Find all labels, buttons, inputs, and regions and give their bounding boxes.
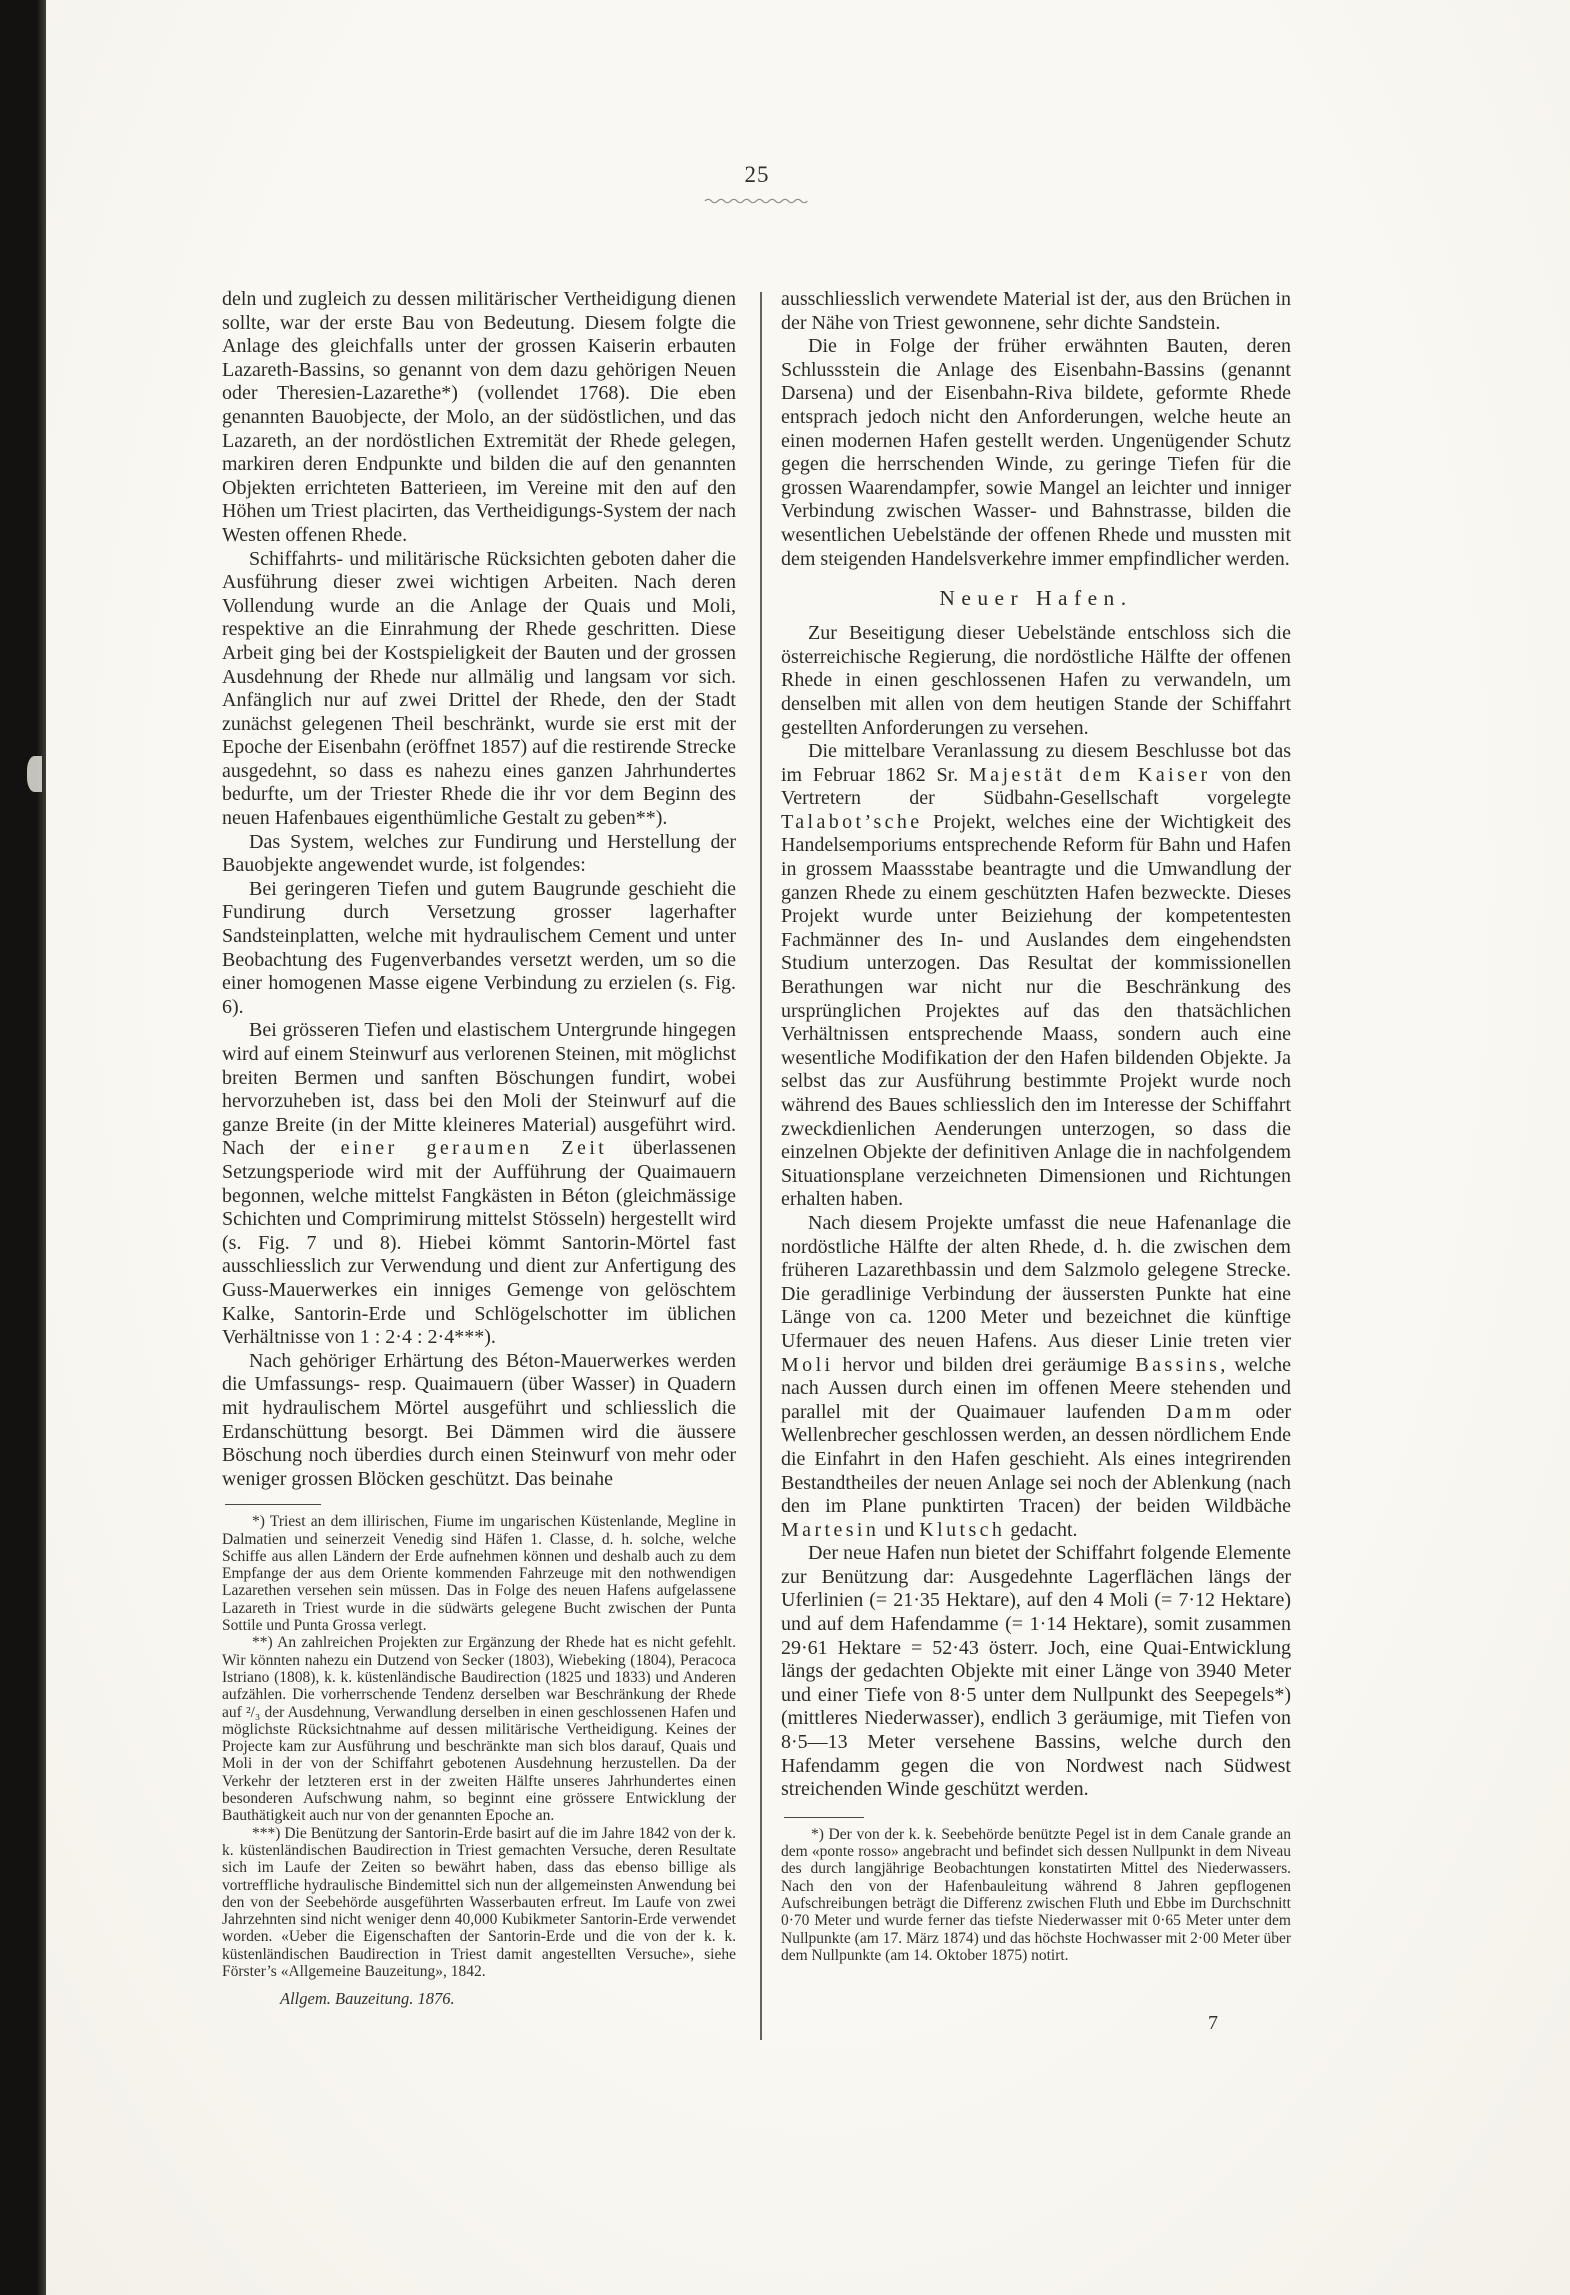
scan-artifact: [27, 756, 42, 792]
paragraph: Der neue Hafen nun bietet der Schiffahrt…: [781, 1542, 1291, 1802]
paragraph: **) An zahlreichen Projekten zur Ergänzu…: [222, 1634, 736, 1824]
section-heading: Neuer Hafen.: [781, 586, 1291, 611]
paragraph: *) Triest an dem illirischen, Fiume im u…: [222, 1513, 736, 1634]
left-column-footnotes: *) Triest an dem illirischen, Fiume im u…: [222, 1513, 736, 1980]
spaced-emphasis: Martesin: [781, 1519, 879, 1541]
column-divider-rule: [760, 292, 762, 2040]
paragraph: deln und zugleich zu dessen militärische…: [222, 288, 736, 548]
paragraph: Nach gehöriger Erhärtung des Béton-Mauer…: [222, 1350, 736, 1492]
paragraph: Schiffahrts- und militärische Rücksichte…: [222, 548, 736, 831]
paragraph: Bei geringeren Tiefen und gutem Baugrund…: [222, 878, 736, 1020]
spaced-emphasis: Moli: [781, 1354, 834, 1376]
paragraph: Die in Folge der früher erwähnten Bauten…: [781, 335, 1291, 571]
right-column-body-upper: ausschliesslich verwendete Material ist …: [781, 288, 1291, 571]
spaced-emphasis: einer geraumen Zeit: [341, 1137, 608, 1159]
right-column-footnotes: *) Der von der k. k. Seebehörde benützte…: [781, 1826, 1291, 1964]
page-number-top: 25: [702, 162, 812, 188]
left-column-body: deln und zugleich zu dessen militärische…: [222, 288, 736, 1491]
footnote-separator-rule: [784, 1817, 864, 1818]
right-column: ausschliesslich verwendete Material ist …: [781, 288, 1291, 1964]
scanned-journal-page: { "page": { "background_color": "#f8f6f0…: [0, 0, 1570, 2295]
scan-gutter-bar: [0, 0, 46, 2295]
paragraph: Nach diesem Projekte umfasst die neue Ha…: [781, 1212, 1291, 1542]
page-number-bottom: 7: [1198, 2012, 1228, 2035]
spaced-emphasis: Majestät dem Kaiser: [969, 764, 1211, 786]
wavy-underline: [704, 197, 808, 205]
paragraph: *) Der von der k. k. Seebehörde benützte…: [781, 1826, 1291, 1964]
paragraph: Die mittelbare Veranlassung zu diesem Be…: [781, 740, 1291, 1212]
paragraph: Das System, welches zur Fundirung und He…: [222, 831, 736, 878]
spaced-emphasis: Damm: [1166, 1401, 1234, 1423]
left-column: deln und zugleich zu dessen militärische…: [222, 288, 736, 2009]
right-column-body-lower: Zur Beseitigung dieser Uebelstände entsc…: [781, 622, 1291, 1802]
spaced-emphasis: Talabot’sche: [781, 811, 923, 833]
paragraph: ausschliesslich verwendete Material ist …: [781, 288, 1291, 335]
footnote-separator-rule: [225, 1504, 321, 1505]
paragraph: ***) Die Benützung der Santorin-Erde bas…: [222, 1825, 736, 1981]
spaced-emphasis: Bassins: [1135, 1354, 1220, 1376]
journal-credit-line: Allgem. Bauzeitung. 1876.: [280, 1989, 736, 2009]
spaced-emphasis: Klutsch: [919, 1519, 1005, 1541]
paragraph: Bei grösseren Tiefen und elastischem Unt…: [222, 1019, 736, 1349]
paragraph: Zur Beseitigung dieser Uebelstände entsc…: [781, 622, 1291, 740]
